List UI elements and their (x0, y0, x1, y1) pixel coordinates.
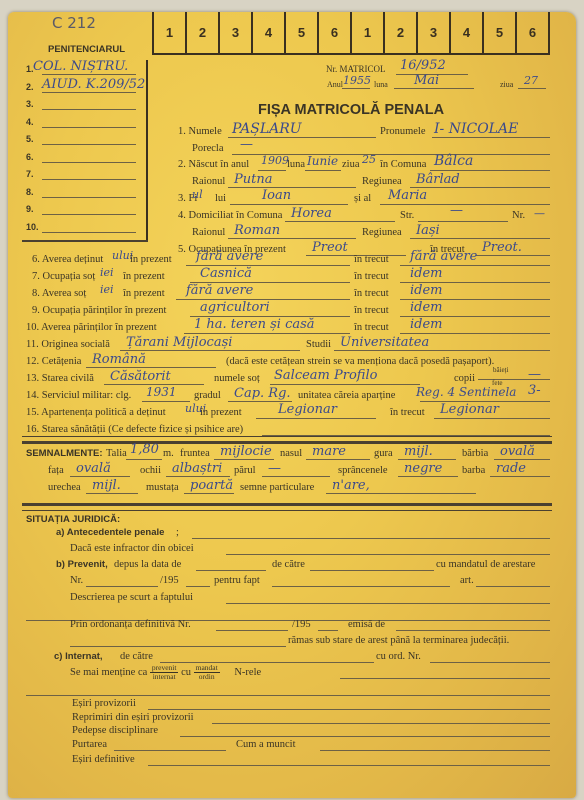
penitenciarul-entry-line[interactable] (42, 179, 136, 180)
situatia-mentine-row: Se mai menține ca prevenitinternat cu ma… (70, 664, 261, 681)
penitenciarul-entry-line[interactable] (42, 214, 136, 215)
number-box: 3 (220, 12, 253, 53)
field-politica-trecut-line[interactable] (434, 418, 550, 419)
situatia-emisa-label: emisă de (348, 619, 385, 630)
field-domiciliu-comuna-value: Horea (291, 206, 332, 221)
semn-urechea-value: mijl. (92, 478, 121, 493)
nr-matricol-label: Nr. MATRICOL (326, 64, 386, 74)
field-nascut-luna-line[interactable] (305, 170, 341, 171)
field-nascut-regiune-label: Regiunea (362, 176, 402, 187)
penitenciarul-entry-number: 10. (26, 222, 39, 232)
field-domiciliu-raion-value: Roman (234, 223, 280, 238)
situatia-antecedente-label: a) Antecedentele penale (56, 527, 164, 538)
field-porecla-value: — (240, 137, 253, 152)
situatia-nrele-label: N-rele (232, 667, 261, 678)
field-avere-sotie-trecut-value: idem (410, 283, 443, 298)
situatia-obicei-label: Dacă este infractor din obicei (70, 543, 194, 554)
field-copii-baieti-value: — (528, 367, 541, 382)
situatia-internat-label: c) Internat, (54, 651, 103, 662)
semn-sprancenele-label: sprâncenele (338, 465, 388, 476)
situatia-esiri-provizorii-line[interactable] (148, 709, 550, 710)
semn-parul-value: — (268, 461, 281, 476)
semn-barba-label: barba (462, 465, 485, 476)
penitenciarul-entry-line[interactable] (42, 127, 136, 128)
situatia-mandat-label: cu mandatul de arestare (436, 559, 535, 570)
field-avere-parinti-trecut-value: idem (410, 317, 443, 332)
field-nascut-raion-line[interactable] (228, 187, 356, 188)
semn-talia-value: 1,80 (130, 442, 159, 457)
field-politica-trecut-value: Legionar (440, 402, 499, 417)
situatia-reprimiri-line[interactable] (212, 723, 550, 724)
situatia-mentine-label: Se mai menține ca (70, 667, 150, 678)
situatia-antecedente-line[interactable] (192, 538, 550, 539)
situatia-esiri-definitive-label: Eșiri definitive (72, 754, 135, 765)
situatia-esiri-provizorii-label: Eșiri provizorii (72, 698, 136, 709)
field-avere-parinti-trecut-line[interactable] (400, 333, 550, 334)
field-domiciliu-comuna-line[interactable] (285, 221, 395, 222)
field-serviciu-clg-line[interactable] (142, 401, 190, 402)
semn-mustata-value: poartă (190, 478, 233, 493)
penitenciarul-entry-number: 7. (26, 169, 34, 179)
field-studii-label: Studii (306, 339, 331, 350)
field-avere-parinti-line[interactable] (184, 333, 350, 334)
semn-parul-label: părul (234, 465, 256, 476)
situatia-internat-catre: de către (120, 651, 153, 662)
field-copii-fete-label: fete (492, 379, 503, 387)
situatia-cu-label: cu (178, 667, 193, 678)
penitenciarul-entry-line[interactable] (42, 232, 136, 233)
semn-barba-value: rade (496, 461, 526, 476)
field-nascut-comuna-line[interactable] (430, 170, 550, 171)
situatia-ramas-label: rămas sub stare de arest până la termina… (288, 635, 509, 646)
field-copii-baieti-label: băieți (493, 366, 509, 374)
field-unitate-label: unitatea căreia aparține (298, 390, 395, 401)
field-origine-value: Țărani Mijlocași (126, 335, 232, 350)
divider (22, 503, 552, 506)
number-grid: 123456123456 (152, 12, 550, 55)
field-domiciliu-raion-line[interactable] (228, 238, 356, 239)
field-serviciu-clg: 1931 (146, 385, 177, 399)
field-unitate-value: Reg. 4 Sentinela (416, 385, 516, 399)
penitenciarul-entry-number: 3. (26, 99, 34, 109)
field-cetatenia-line[interactable] (86, 367, 216, 368)
field-politica-prezent-label: în prezent (200, 407, 242, 418)
situatia-internat-ord-line[interactable] (430, 662, 550, 663)
situatia-separator-line[interactable] (26, 695, 550, 696)
field-origine-label: 11. Originea socială (26, 339, 110, 350)
field-avere-sotie-trecut-label: în trecut (354, 288, 389, 299)
field-sanatate-label: 16. Starea sănătății (Ce defecte fizice … (26, 424, 243, 435)
semn-barbia-value: ovală (500, 444, 535, 459)
field-nascut-an-line[interactable] (258, 170, 286, 171)
situatia-reprimiri-label: Reprimiri din eșiri provizorii (72, 712, 194, 723)
field-nascut-raion-value: Putna (234, 172, 272, 187)
field-fiul-lui-line[interactable] (230, 204, 348, 205)
situatia-cum-muncit-label: Cum a muncit (236, 739, 296, 750)
field-nascut-luna-label: luna (287, 159, 305, 170)
semn-ochii-label: ochii (140, 465, 161, 476)
anul-label: Anul (327, 80, 343, 89)
semn-fata-label: fața (48, 465, 64, 476)
number-box: 5 (286, 12, 319, 53)
semn-talia-unit: m. (163, 448, 174, 459)
field-ocupatie-parinti-trecut-value: idem (410, 300, 443, 315)
field-stare-civila-label: 13. Starea civilă (26, 373, 94, 384)
penitenciarul-entry-line[interactable] (42, 109, 136, 110)
field-nascut-raion-label: Raionul (192, 176, 225, 187)
number-box: 1 (154, 12, 187, 53)
field-avere-detinut-prezent-label: în prezent (130, 254, 172, 265)
field-nascut-ziua: 25 (362, 153, 376, 166)
field-avere-sotie-label: 8. Averea soț (32, 288, 86, 299)
semn-gura-label: gura (374, 448, 393, 459)
field-fiul-si-value: Maria (388, 188, 427, 203)
situatia-ordonanta-an-line[interactable] (318, 630, 338, 631)
situatia-ramas-line[interactable] (70, 646, 286, 647)
field-avere-detinut-trecut-value: fără avere (410, 249, 477, 264)
field-domiciliu-str-label: Str. (400, 210, 414, 221)
semn-nasul-label: nasul (280, 448, 302, 459)
situatia-purtarea-line[interactable] (114, 750, 226, 751)
penitenciarul-entry-number: 8. (26, 187, 34, 197)
semn-nasul-value: mare (312, 444, 346, 459)
field-fiul-suffix: ul (192, 188, 203, 201)
field-domiciliu-nr-label: Nr. (512, 210, 525, 221)
field-domiciliu-regiune-value: Iași (416, 223, 440, 238)
field-ocupatie-parinti-value: agricultori (200, 300, 270, 315)
field-politica-line[interactable] (256, 418, 376, 419)
semn-fruntea-label: fruntea (180, 448, 210, 459)
semn-particulare-value: n'are, (332, 478, 370, 493)
ziua-value: 27 (524, 74, 538, 87)
situatia-ordonanta-an: /195 (292, 619, 311, 630)
situatia-prevenit-label: b) Prevenit, (56, 559, 108, 570)
situatia-prevenit-data-line[interactable] (196, 570, 266, 571)
semn-gura-line[interactable] (398, 459, 456, 460)
field-domiciliu-regiune-line[interactable] (410, 238, 550, 239)
situatia-obicei-line[interactable] (226, 554, 550, 555)
situatia-pedepse-line[interactable] (180, 736, 550, 737)
number-box: 2 (187, 12, 220, 53)
semn-mustata-line[interactable] (184, 493, 234, 494)
penitenciarul-label: PENITENCIARUL (48, 44, 125, 55)
field-avere-detinut-label: 6. Averea deținut (32, 254, 103, 265)
penitenciarul-entry-value: AIUD. K.209/52 (42, 77, 145, 92)
situatia-emisa-line[interactable] (396, 630, 550, 631)
semn-barbia-label: bărbia (462, 448, 488, 459)
field-cetatenia-note: (dacă este cetățean strein se va mențion… (226, 356, 494, 367)
semn-nasul-line[interactable] (306, 459, 370, 460)
field-studii-value: Universitatea (340, 335, 429, 350)
field-avere-parinti-trecut-label: în trecut (354, 322, 389, 333)
field-nascut-label: 2. Născut în anul (178, 159, 249, 170)
situatia-internat-ord: cu ord. Nr. (376, 651, 421, 662)
field-numele-value: PAȘLARU (232, 121, 302, 137)
field-cetatenia-label: 12. Cetățenia (26, 356, 81, 367)
field-pronumele-line[interactable] (432, 137, 550, 138)
field-ocupatie-sotie-suffix: iei (100, 266, 114, 279)
field-nascut-ziua-label: ziua (342, 159, 360, 170)
penitenciarul-entry-number: 2. (26, 82, 34, 92)
field-grad-label: gradul (194, 390, 221, 401)
situatia-descriere-label: Descrierea pe scurt a faptului (70, 592, 193, 603)
situatia-nr-line[interactable] (86, 586, 158, 587)
field-ocupatie-value: Preot (312, 240, 348, 255)
penitenciarul-entry-line[interactable] (42, 144, 136, 145)
semn-fruntea-value: mijlocie (220, 444, 272, 459)
situatia-internat-catre-line[interactable] (160, 662, 374, 663)
field-fiul-lui-value: Ioan (262, 188, 291, 203)
field-avere-sotie-prezent-label: în prezent (123, 288, 165, 299)
field-copii-label: copii (454, 373, 475, 384)
situatia-heading: SITUAȚIA JURIDICĂ: (26, 514, 120, 525)
field-ocupatie-sotie-trecut-label: în trecut (354, 271, 389, 282)
archive-code: C 212 (52, 14, 96, 32)
semn-barba-line[interactable] (490, 476, 550, 477)
number-box: 6 (517, 12, 550, 53)
situatia-purtarea-label: Purtarea (72, 739, 107, 750)
field-sot-line[interactable] (270, 384, 420, 385)
number-box: 3 (418, 12, 451, 53)
field-ocupatie-parinti-label: 9. Ocupația părinților în prezent (32, 305, 166, 316)
field-domiciliu-str-line[interactable] (418, 221, 508, 222)
situatia-fapt-line[interactable] (272, 586, 450, 587)
semn-talia-line[interactable] (126, 459, 162, 460)
field-copii-fete-value: 3- (528, 383, 541, 398)
situatia-nr-label: Nr. (70, 575, 83, 586)
field-grad-value: Cap. Rg. (234, 386, 291, 401)
divider (22, 436, 552, 437)
field-serviciu-label: 14. Serviciul militar: clg. (26, 390, 131, 401)
field-ocupatie-sotie-value: Casnică (200, 266, 252, 281)
penitenciarul-entry-line[interactable] (42, 92, 136, 93)
situatia-prevenit-internat: prevenitinternat (150, 664, 179, 681)
field-porecla-label: Porecla (192, 143, 224, 154)
field-domiciliu-nr-value: — (534, 207, 545, 220)
number-box: 1 (352, 12, 385, 53)
field-fiul-si-label: și al (354, 193, 371, 204)
situatia-cum-muncit-line[interactable] (320, 750, 550, 751)
semn-urechea-label: urechea (48, 482, 81, 493)
field-cetatenia-value: Română (92, 352, 146, 367)
field-pronumele-label: Pronumele (380, 126, 426, 137)
ziua-label: ziua (500, 80, 513, 89)
field-fiul-lui-label: lui (215, 193, 226, 204)
field-avere-sotie-value: fără avere (186, 283, 253, 298)
number-box: 5 (484, 12, 517, 53)
semn-fata-value: ovală (76, 461, 111, 476)
situatia-pedepse-label: Pedepse disciplinare (72, 725, 158, 736)
penitenciarul-entry-number: 5. (26, 134, 34, 144)
semnalmente-heading: SEMNALMENTE: (26, 448, 103, 459)
divider (22, 510, 552, 511)
semn-fata-line[interactable] (70, 476, 130, 477)
field-politica-value: Legionar (278, 402, 337, 417)
situatia-fapt-label: pentru fapt (214, 575, 260, 586)
field-avere-detinut-trecut-label: în trecut (354, 254, 389, 265)
field-pronumele-value: I- NICOLAE (434, 121, 518, 137)
field-numele-label: 1. Numele (178, 126, 222, 137)
situatia-nrele-line[interactable] (340, 678, 550, 679)
left-column-divider (146, 60, 148, 240)
semn-particulare-label: semne particulare (240, 482, 314, 493)
field-ocupatie-parinti-trecut-label: în trecut (354, 305, 389, 316)
field-nascut-comuna: Bâlca (434, 153, 473, 169)
field-nascut-luna: Iunie (307, 154, 338, 168)
field-origine-line[interactable] (120, 350, 300, 351)
field-domiciliu-regiune-label: Regiunea (362, 227, 402, 238)
penitenciarul-entry-value: COL. NIȘTRU. (33, 59, 128, 74)
semn-barbia-line[interactable] (494, 459, 550, 460)
field-ocupatie-trecut-line[interactable] (476, 255, 550, 256)
semn-ochii-value: albaștri (172, 461, 222, 476)
semn-talia-label: Talia (106, 448, 127, 459)
number-box: 4 (253, 12, 286, 53)
penitenciarul-entry-line[interactable] (42, 74, 136, 75)
penitenciarul-entry-line[interactable] (42, 197, 136, 198)
field-ocupatie-sotie-prezent-label: în prezent (123, 271, 165, 282)
field-politica-trecut-label: în trecut (390, 407, 425, 418)
field-stare-civila-value: Căsătorit (110, 369, 171, 384)
number-box: 6 (319, 12, 352, 53)
situatia-art-line[interactable] (476, 586, 550, 587)
situatia-prevenit-catre-line[interactable] (310, 570, 434, 571)
field-avere-detinut-value: fără avere (196, 249, 263, 264)
situatia-ordonanta-nr-line[interactable] (216, 630, 288, 631)
luna-label: luna (374, 80, 388, 89)
field-nascut-an: 1909 (261, 154, 289, 167)
field-politica-label: 15. Apartenența politică a deținut (26, 407, 166, 418)
field-nascut-comuna-label: în Comuna (380, 159, 426, 170)
semn-particulare-line[interactable] (326, 493, 476, 494)
semn-gura-value: mijl. (404, 444, 433, 459)
field-ocupatie-sotie-label: 7. Ocupația soț (32, 271, 95, 282)
field-nascut-regiune-line[interactable] (410, 187, 550, 188)
field-domiciliu-comuna-label: 4. Domiciliat în Comuna (178, 210, 282, 221)
situatia-ordonanta-label: Prin ordonanța definitivă Nr. (70, 619, 191, 630)
field-nascut-regiune-value: Bârlad (416, 172, 460, 187)
situatia-mandat-ordin: mandatordin (194, 664, 220, 681)
field-avere-parinti-label: 10. Averea părinților în prezent (26, 322, 157, 333)
nr-matricol-value: 16/952 (400, 58, 446, 73)
semn-fruntea-line[interactable] (214, 459, 274, 460)
field-ocupatie-trecut-value: Preot. (482, 240, 522, 255)
document-title: FIȘA MATRICOLĂ PENALA (258, 102, 444, 118)
field-avere-sotie-suffix: iei (100, 283, 114, 296)
divider (22, 441, 552, 444)
left-column-bottom (22, 240, 148, 242)
field-domiciliu-str-value: — (450, 203, 463, 218)
field-domiciliu-raion-label: Raionul (192, 227, 225, 238)
semn-urechea-line[interactable] (86, 493, 138, 494)
field-sot-value: Salceam Profilo (274, 368, 377, 383)
anul-value: 1955 (343, 74, 371, 87)
semn-ochii-line[interactable] (166, 476, 230, 477)
field-sot-label: numele soț (214, 373, 260, 384)
semn-parul-line[interactable] (262, 476, 330, 477)
penitenciarul-entry-number: 9. (26, 204, 34, 214)
field-studii-line[interactable] (334, 350, 550, 351)
field-avere-parinti-value: 1 ha. teren și casă (194, 317, 315, 332)
situatia-descriere-line[interactable] (226, 603, 550, 604)
semn-mustata-label: mustața (146, 482, 179, 493)
penitenciarul-entry-number: 4. (26, 117, 34, 127)
situatia-an-label: /195 (160, 575, 179, 586)
semn-sprancenele-line[interactable] (398, 476, 458, 477)
situatia-art-label: art. (460, 575, 474, 586)
semn-sprancenele-value: negre (404, 461, 442, 476)
number-box: 2 (385, 12, 418, 53)
penitenciarul-entry-line[interactable] (42, 162, 136, 163)
situatia-antecedente-sep: ; (176, 527, 179, 538)
situatia-prevenit-text: depus la data de (114, 559, 181, 570)
field-fiul-si-line[interactable] (380, 204, 550, 205)
penitenciarul-entry-number: 6. (26, 152, 34, 162)
situatia-esiri-definitive-line[interactable] (148, 765, 550, 766)
luna-value: Mai (414, 73, 439, 88)
situatia-an-line[interactable] (186, 586, 210, 587)
field-ocupatie-sotie-trecut-value: idem (410, 266, 443, 281)
situatia-prevenit-catre: de către (272, 559, 305, 570)
number-box: 4 (451, 12, 484, 53)
